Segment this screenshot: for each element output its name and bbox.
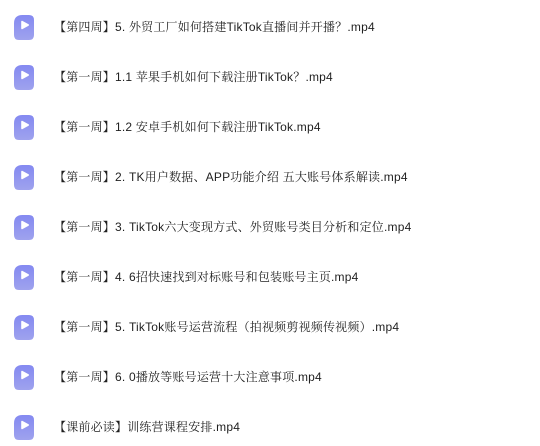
file-name-label: 【第一周】4. 6招快速找到对标账号和包装账号主页.mp4 (54, 271, 359, 283)
file-row[interactable]: 【第一周】4. 6招快速找到对标账号和包装账号主页.mp4 (0, 252, 540, 302)
file-row[interactable]: 【第一周】1.1 苹果手机如何下载注册TikTok？.mp4 (0, 52, 540, 102)
video-file-play-icon (14, 115, 34, 140)
file-name-label: 【第一周】1.1 苹果手机如何下载注册TikTok？.mp4 (54, 71, 333, 83)
file-row[interactable]: 【第一周】5. TikTok账号运营流程（拍视频剪视频传视频）.mp4 (0, 302, 540, 352)
video-file-play-icon (14, 365, 34, 390)
video-file-play-icon (14, 15, 34, 40)
file-name-label: 【课前必读】训练营课程安排.mp4 (54, 421, 240, 433)
file-row[interactable]: 【第一周】3. TikTok六大变现方式、外贸账号类目分析和定位.mp4 (0, 202, 540, 252)
video-file-play-icon (14, 265, 34, 290)
file-row[interactable]: 【第四周】5. 外贸工厂如何搭建TikTok直播间并开播？.mp4 (0, 2, 540, 52)
file-row[interactable]: 【课前必读】训练营课程安排.mp4 (0, 402, 540, 446)
file-name-label: 【第一周】1.2 安卓手机如何下载注册TikTok.mp4 (54, 121, 321, 133)
file-row[interactable]: 【第一周】1.2 安卓手机如何下载注册TikTok.mp4 (0, 102, 540, 152)
video-file-play-icon (14, 65, 34, 90)
video-file-play-icon (14, 165, 34, 190)
file-row[interactable]: 【第一周】6. 0播放等账号运营十大注意事项.mp4 (0, 352, 540, 402)
file-list: 【第四周】5. 外贸工厂如何搭建TikTok直播间并开播？.mp4 【第一周】1… (0, 0, 540, 446)
file-name-label: 【第一周】3. TikTok六大变现方式、外贸账号类目分析和定位.mp4 (54, 221, 411, 233)
file-name-label: 【第一周】6. 0播放等账号运营十大注意事项.mp4 (54, 371, 322, 383)
file-name-label: 【第一周】5. TikTok账号运营流程（拍视频剪视频传视频）.mp4 (54, 321, 399, 333)
video-file-play-icon (14, 415, 34, 440)
file-name-label: 【第一周】2. TK用户数据、APP功能介绍 五大账号体系解读.mp4 (54, 171, 408, 183)
video-file-play-icon (14, 215, 34, 240)
file-row[interactable]: 【第一周】2. TK用户数据、APP功能介绍 五大账号体系解读.mp4 (0, 152, 540, 202)
video-file-play-icon (14, 315, 34, 340)
file-name-label: 【第四周】5. 外贸工厂如何搭建TikTok直播间并开播？.mp4 (54, 21, 375, 33)
